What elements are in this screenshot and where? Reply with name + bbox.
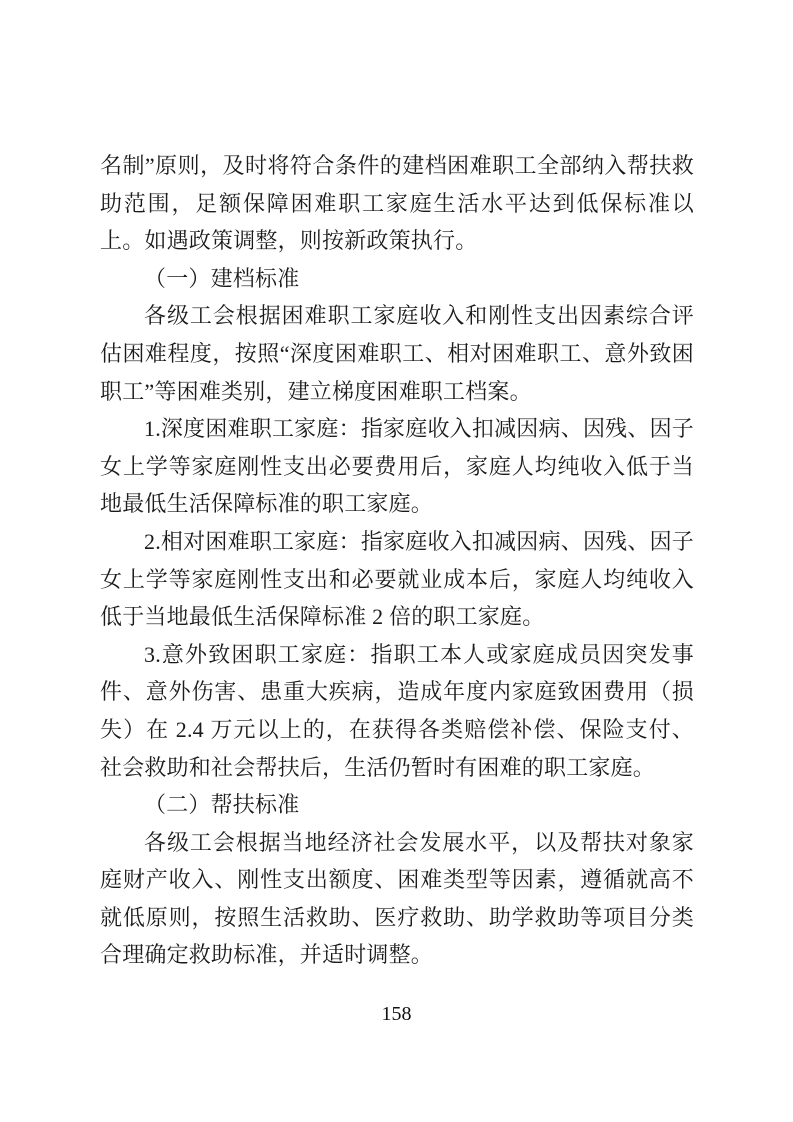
paragraph-item-1-deep-difficulty-family: 1.深度困难职工家庭：指家庭收入扣减因病、因残、因子女上学等家庭刚性支出必要费用… [100, 410, 694, 523]
opening-paragraph-continuation: 名制”原则，及时将符合条件的建档困难职工全部纳入帮扶救助范围，足额保障困难职工家… [100, 147, 694, 260]
paragraph-item-3-accidental-difficulty-family: 3.意外致困职工家庭：指职工本人或家庭成员因突发事件、意外伤害、患重大疾病，造成… [100, 636, 694, 786]
document-page: 名制”原则，及时将符合条件的建档困难职工全部纳入帮扶救助范围，足额保障困难职工家… [0, 0, 793, 1122]
heading-filing-standard: （一）建档标准 [100, 260, 694, 298]
paragraph-assistance-overview: 各级工会根据当地经济社会发展水平，以及帮扶对象家庭财产收入、刚性支出额度、困难类… [100, 824, 694, 974]
paragraph-filing-overview: 各级工会根据困难职工家庭收入和刚性支出因素综合评估困难程度，按照“深度困难职工、… [100, 297, 694, 410]
document-body: 名制”原则，及时将符合条件的建档困难职工全部纳入帮扶救助范围，足额保障困难职工家… [100, 147, 694, 974]
heading-assistance-standard: （二）帮扶标准 [100, 786, 694, 824]
paragraph-item-2-relative-difficulty-family: 2.相对困难职工家庭：指家庭收入扣减因病、因残、因子女上学等家庭刚性支出和必要就… [100, 523, 694, 636]
page-number: 158 [0, 1001, 793, 1027]
